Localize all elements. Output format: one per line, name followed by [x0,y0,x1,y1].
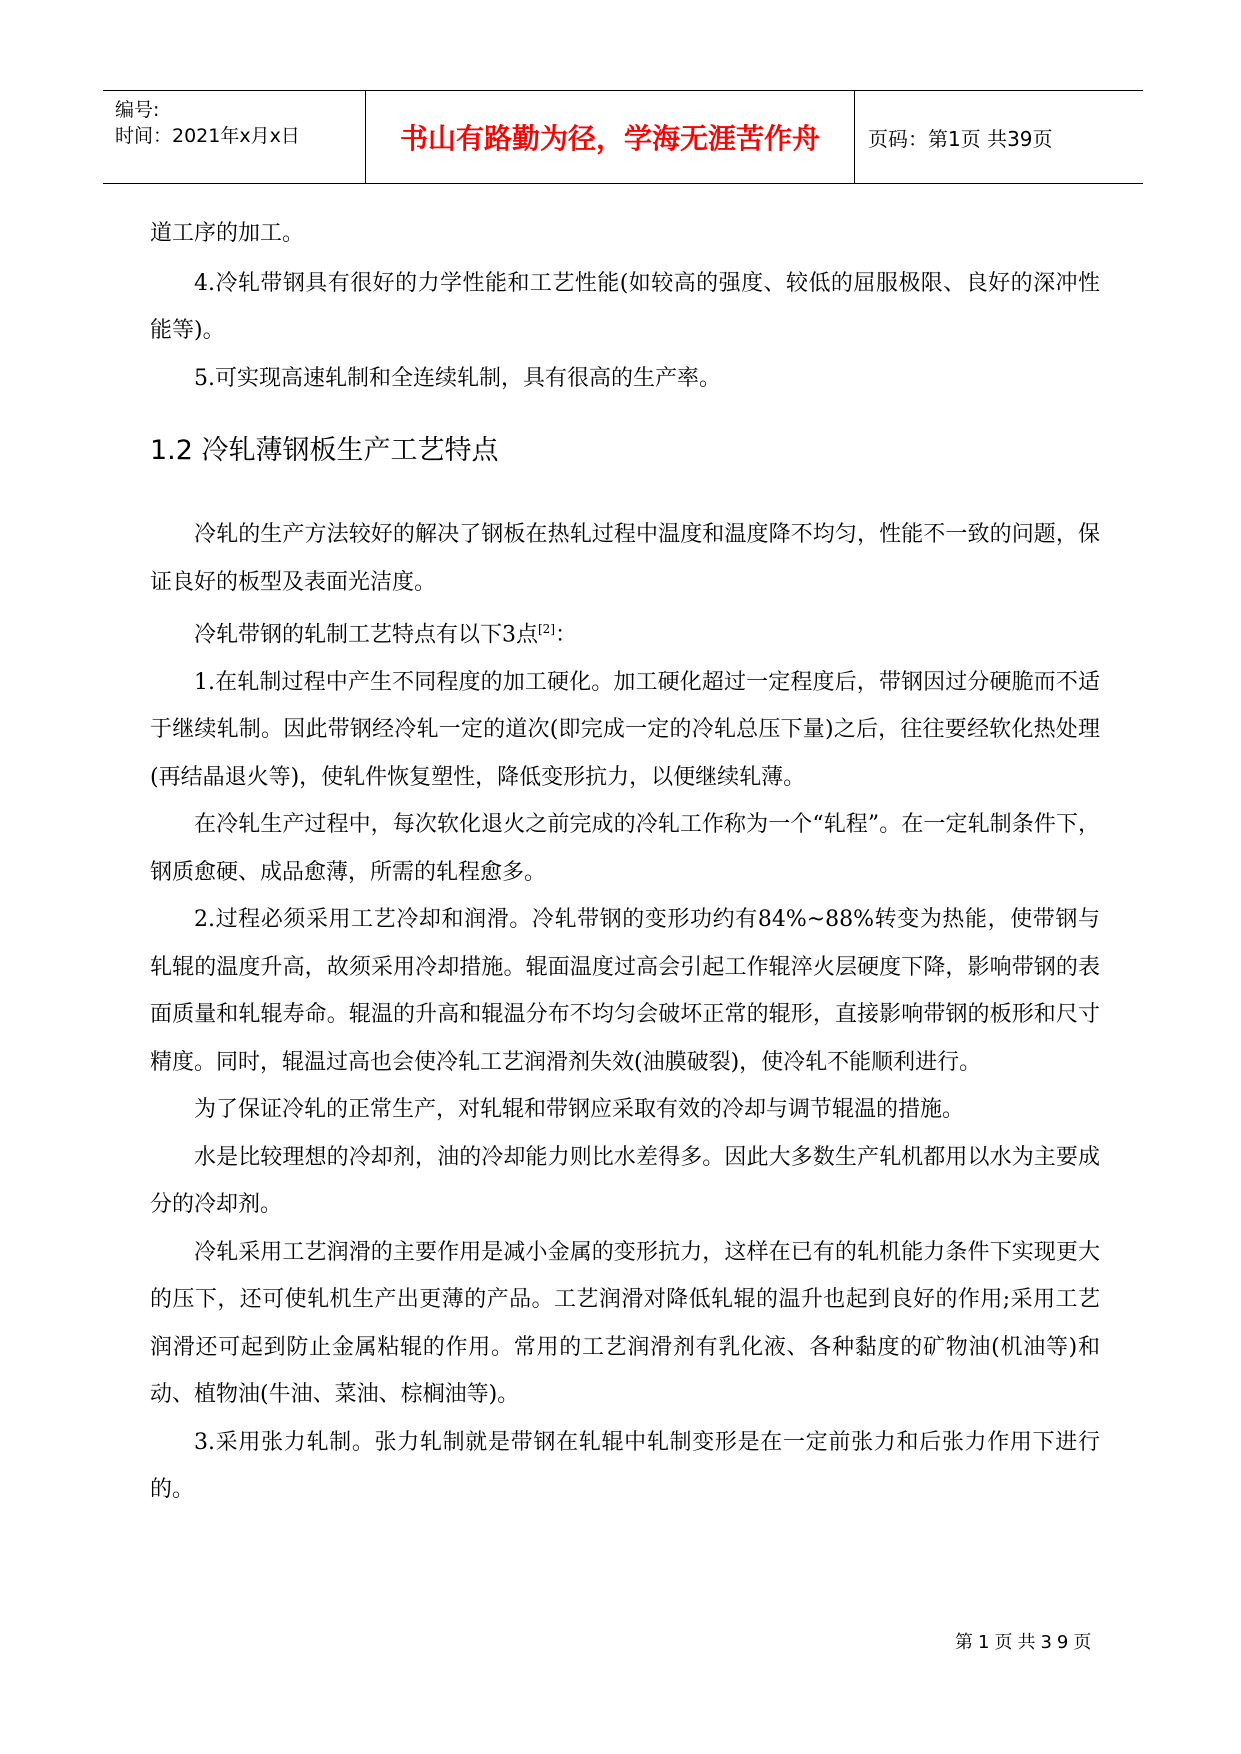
paragraph: 冷轧的生产方法较好的解决了钢板在热轧过程中温度和温度降不均匀，性能不一致的问题，… [150,511,1100,606]
section-heading: 1.2 冷轧薄钢板生产工艺特点 [150,428,1100,467]
header-motto: 书山有路勤为径，学海无涯苦作舟 [366,91,855,183]
paragraph: 1.在轧制过程中产生不同程度的加工硬化。加工硬化超过一定程度后，带钢因过分硬脆而… [150,659,1100,802]
paragraph: 2.过程必须采用工艺冷却和润滑。冷轧带钢的变形功约有84%~88%转变为热能，使… [150,896,1100,1086]
paragraph: 5.可实现高速轧制和全连续轧制，具有很高的生产率。 [150,355,1100,403]
page-header: 编号: 时间：2021年x月x日 书山有路勤为径，学海无涯苦作舟 页码：第1页 … [103,90,1143,184]
paragraph: 在冷轧生产过程中，每次软化退火之前完成的冷轧工作称为一个“轧程”。在一定轧制条件… [150,801,1100,896]
paragraph-punct: ： [555,622,577,647]
paragraph: 为了保证冷轧的正常生产，对轧辊和带钢应采取有效的冷却与调节辊温的措施。 [150,1086,1100,1134]
page-footer: 第1页共39页 [955,1628,1096,1654]
header-page-label: 页码：第1页 共39页 [868,91,1053,183]
paragraph: 3.采用张力轧制。张力轧制就是带钢在轧辊中轧制变形是在一定前张力和后张力作用下进… [150,1419,1100,1514]
paragraph: 4.冷轧带钢具有很好的力学性能和工艺性能(如较高的强度、较低的屈服极限、良好的深… [150,260,1100,355]
citation-ref: [2] [538,622,555,636]
paragraph: 冷轧采用工艺润滑的主要作用是减小金属的变形抗力，这样在已有的轧机能力条件下实现更… [150,1229,1100,1419]
paragraph: 水是比较理想的冷却剂，油的冷却能力则比水差得多。因此大多数生产轧机都用以水为主要… [150,1134,1100,1229]
header-info-cell: 编号: 时间：2021年x月x日 [103,91,366,183]
paragraph: 冷轧带钢的轧制工艺特点有以下3点[2]： [150,606,1100,659]
document-body: 道工序的加工。 4.冷轧带钢具有很好的力学性能和工艺性能(如较高的强度、较低的屈… [150,210,1100,1514]
doc-time-label: 时间：2021年x月x日 [115,121,300,148]
paragraph: 道工序的加工。 [150,210,1100,258]
doc-number-label: 编号: [115,95,159,122]
paragraph-text: 冷轧带钢的轧制工艺特点有以下3点 [194,622,538,647]
